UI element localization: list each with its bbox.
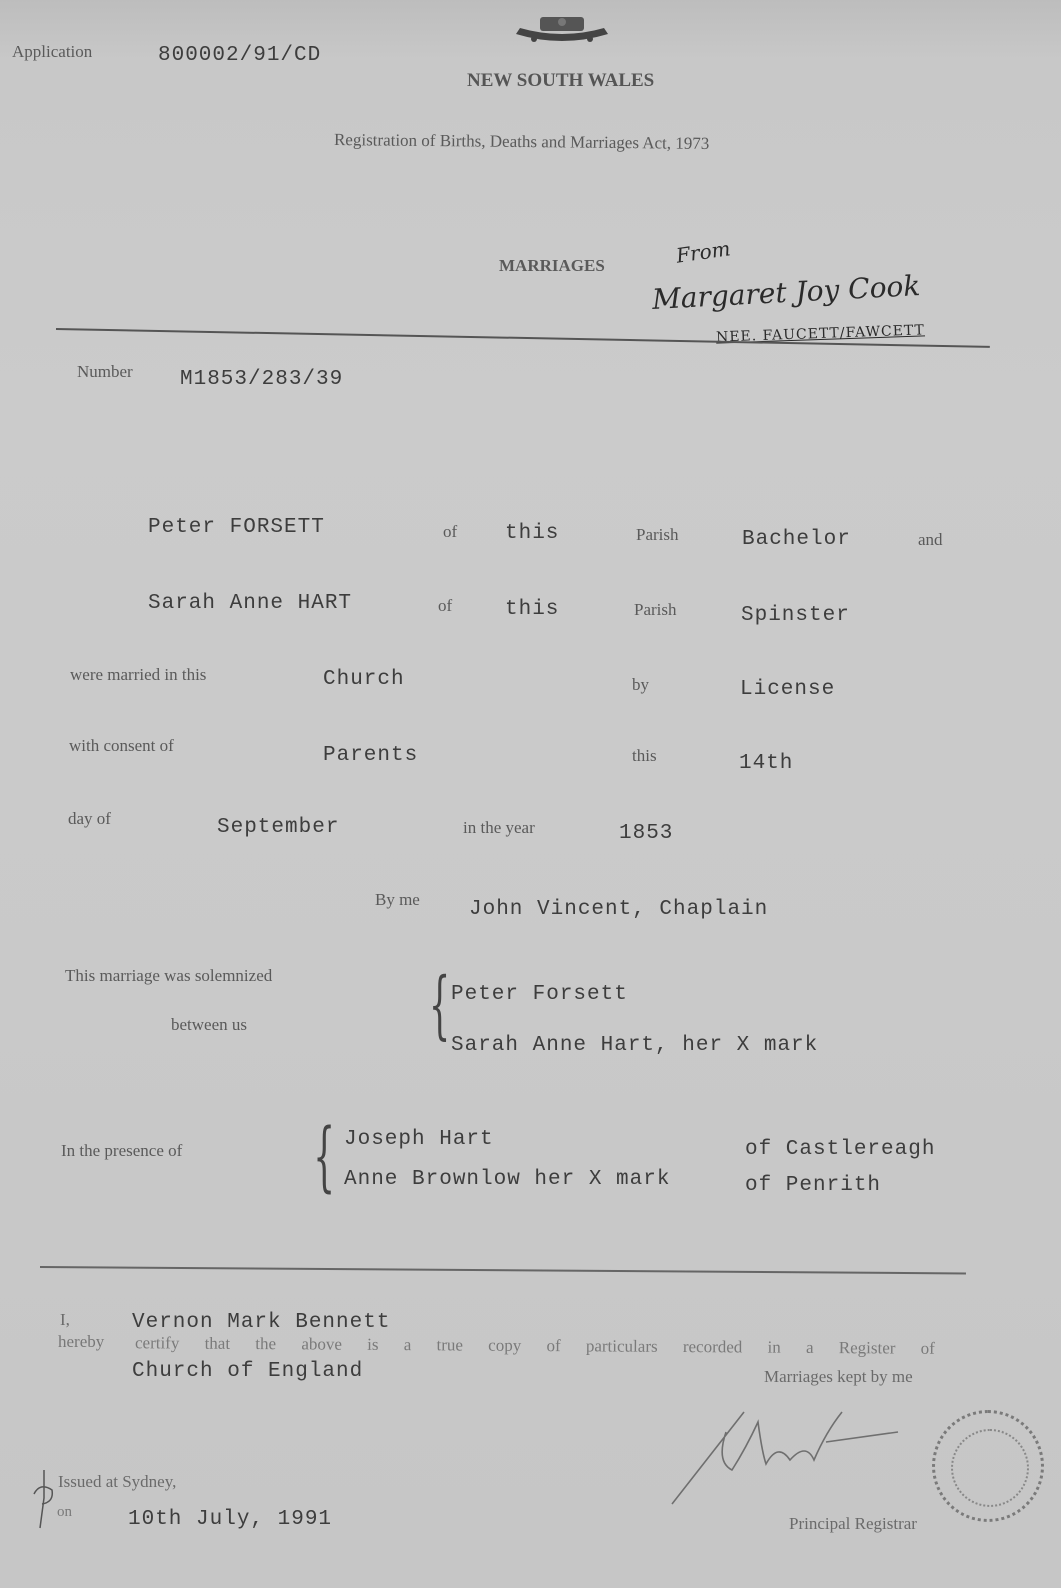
registry-seal-icon [932,1410,1044,1522]
officiant: John Vincent, Chaplain [469,898,768,921]
certify-word: is [367,1335,378,1355]
month-value: September [217,816,339,839]
handwritten-from: From [675,236,732,267]
issue-date: 10th July, 1991 [128,1508,332,1531]
presence-label: In the presence of [61,1141,182,1161]
handwritten-name: Margaret Joy Cook [651,269,921,316]
bride-residence: this [505,598,559,621]
witness-2-name: Anne Brownlow her X mark [344,1168,670,1191]
certify-word: certify [135,1333,179,1353]
tick-mark-icon [30,1468,60,1530]
hereby-label: hereby [58,1332,104,1352]
by-value: License [740,678,835,701]
witness-1-name: Joseph Hart [344,1128,494,1151]
signature-icon [666,1392,906,1512]
certify-word: a [806,1338,814,1358]
certify-word: of [921,1339,935,1359]
groom-parish-label: Parish [636,525,679,545]
bride-name: Sarah Anne HART [148,592,352,615]
certify-word: a [404,1335,412,1355]
year-label: in the year [463,818,535,838]
certify-word: particulars [586,1336,658,1357]
party-2: Sarah Anne Hart, her X mark [451,1034,818,1057]
denomination: Church of England [132,1360,363,1383]
signatory-title: Principal Registrar [789,1514,917,1534]
witness-2-of: of Penrith [745,1174,881,1197]
certify-word: of [546,1336,560,1356]
groom-residence: this [505,522,559,545]
and-label: and [918,530,943,550]
this-label: this [632,746,657,766]
consent-value: Parents [323,744,418,767]
groom-status: Bachelor [742,528,851,551]
kept-by-label: Marriages kept by me [764,1367,913,1387]
solemnized-label: This marriage was solemnized [65,966,272,986]
on-label: on [57,1504,72,1521]
issued-label: Issued at Sydney, [58,1472,176,1492]
party-1: Peter Forsett [451,983,628,1006]
i-label: I, [60,1310,70,1330]
bride-status: Spinster [741,604,850,627]
application-label: Application [12,42,92,62]
day-value: 14th [739,752,793,775]
certify-word: above [301,1334,342,1354]
between-label: between us [171,1015,247,1035]
section-title: MARRIAGES [499,256,605,276]
groom-of-label: of [443,522,457,542]
witnesses-brace: { [313,1118,335,1194]
application-number: 800002/91/CD [158,44,321,67]
footer-divider [40,1266,966,1274]
by-label: by [632,675,649,695]
number-label: Number [77,362,133,382]
venue: Church [323,668,405,691]
year-value: 1853 [619,822,673,845]
certify-text: certifythattheaboveisatruecopyofparticul… [135,1333,935,1359]
bride-parish-label: Parish [634,600,677,620]
certify-word: true [436,1335,463,1355]
state-heading: NEW SOUTH WALES [467,70,654,92]
coat-of-arms-icon [512,14,612,44]
certify-word: that [205,1334,231,1354]
certify-word: Register [839,1338,896,1358]
by-me-label: By me [375,890,420,910]
day-of-label: day of [68,809,111,829]
record-number: M1853/283/39 [180,368,343,391]
parties-brace: { [429,968,450,1042]
certify-word: recorded [683,1337,743,1357]
witness-1-of: of Castlereagh [745,1138,935,1161]
certify-word: copy [488,1336,521,1356]
consent-label: with consent of [69,736,174,756]
groom-name: Peter FORSETT [148,516,325,539]
bride-of-label: of [438,596,452,616]
registrar-name: Vernon Mark Bennett [132,1311,390,1334]
act-title: Registration of Births, Deaths and Marri… [334,130,710,154]
certify-word: in [768,1338,781,1358]
married-in-label: were married in this [70,665,206,685]
certify-word: the [255,1334,276,1354]
